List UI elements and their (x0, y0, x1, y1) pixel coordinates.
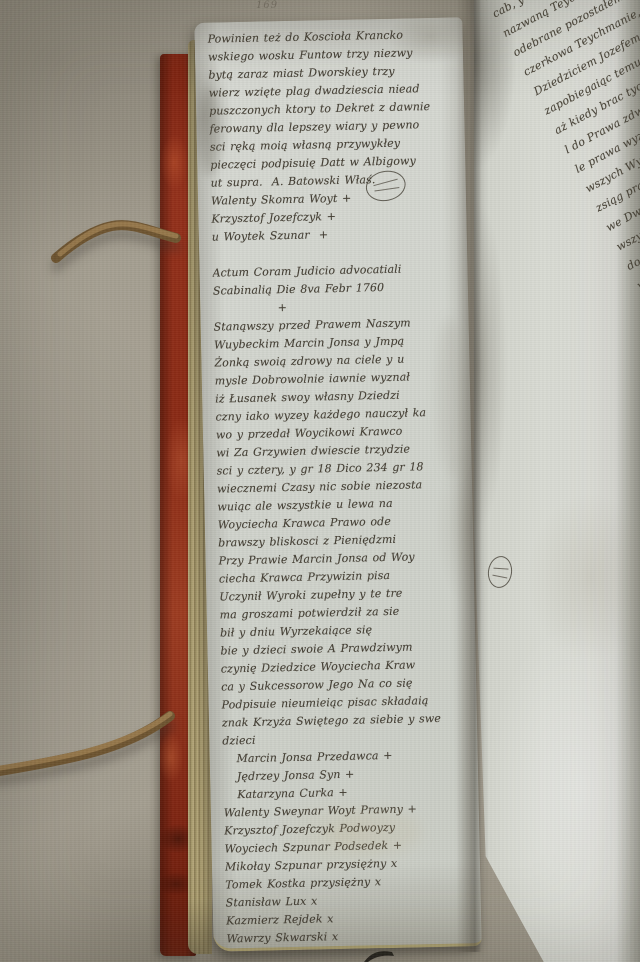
bookmark-strap-lower (0, 714, 170, 772)
right-page: przymie aszcab, y kletnie prawnazwaną Te… (474, 0, 640, 962)
left-page-text: Powinien też do Koscioła Kranckowskiego … (207, 25, 476, 946)
left-page: Powinien też do Koscioła Kranckowskiego … (194, 17, 481, 951)
page-number: 169 (256, 0, 278, 11)
quill-tip (358, 942, 404, 962)
manuscript-photo: przymie aszcab, y kletnie prawnazwaną Te… (0, 0, 640, 962)
bookmark-strap-upper (56, 224, 176, 258)
ink-seal-oval (486, 554, 514, 589)
